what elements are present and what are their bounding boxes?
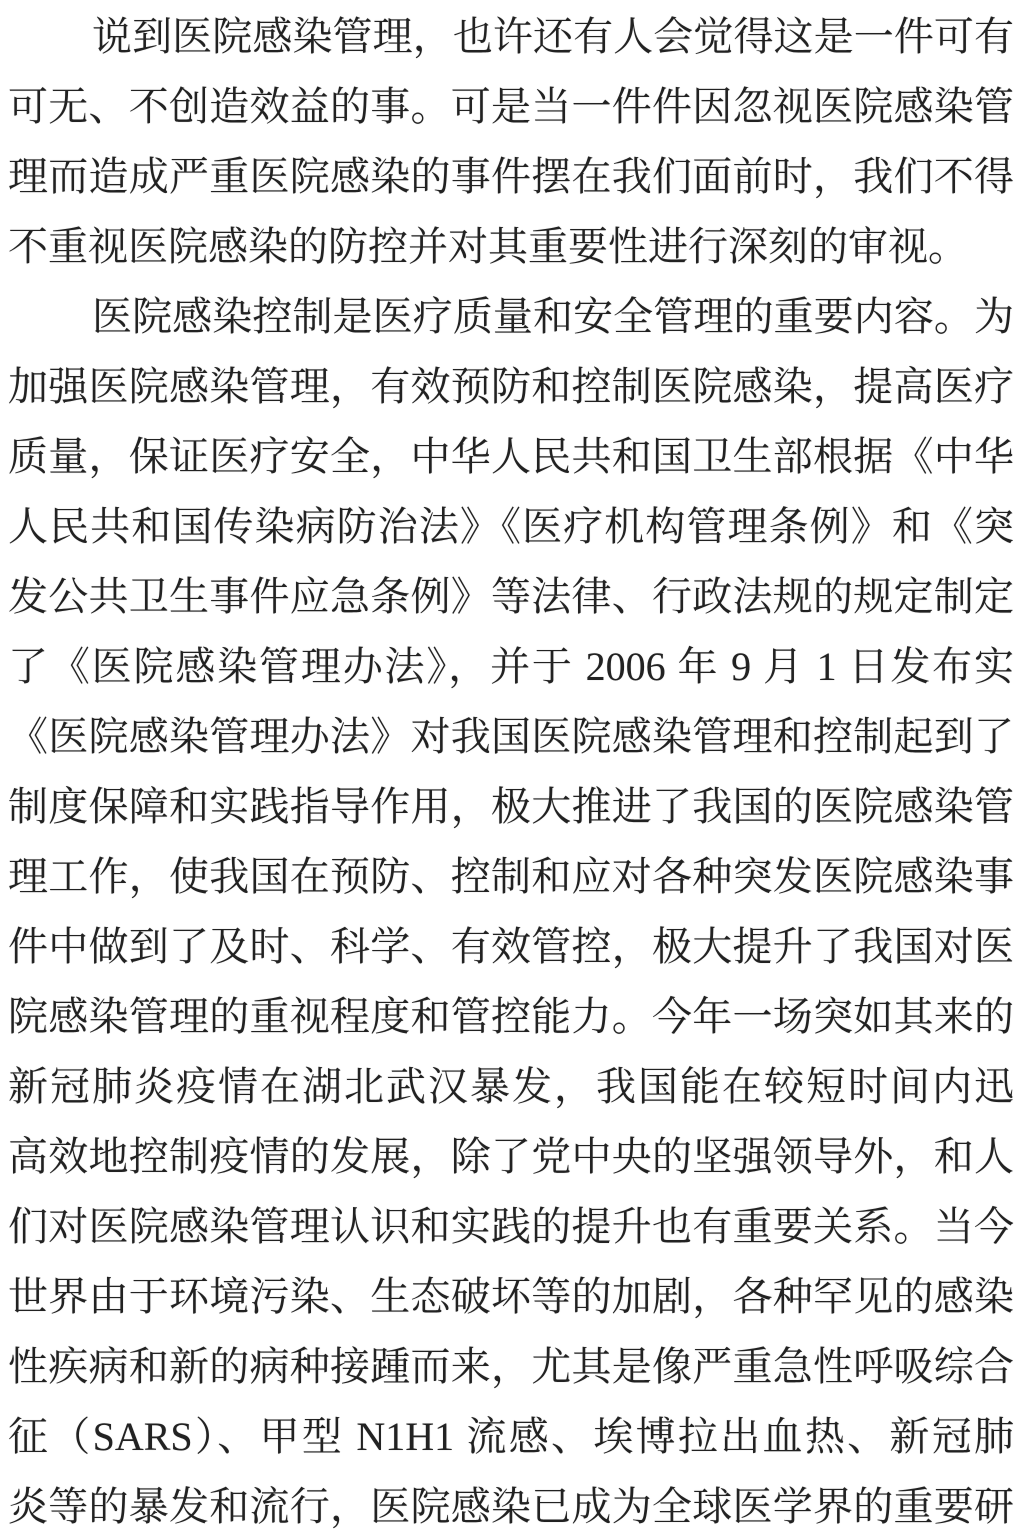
text-line: 发公共卫生事件应急条例》等法律、行政法规的规定制定 (8, 562, 1014, 632)
text-line: 征（SARS）、甲型 N1H1 流感、埃博拉出血热、新冠肺 (8, 1402, 1014, 1472)
text-line: 医院感染控制是医疗质量和安全管理的重要内容。为 (8, 282, 1014, 352)
text-line: 说到医院感染管理，也许还有人会觉得这是一件可有 (8, 2, 1014, 72)
text-line: 了《医院感染管理办法》，并于 2006 年 9 月 1 日发布实施。 (8, 632, 1014, 702)
text-line: 理而造成严重医院感染的事件摆在我们面前时，我们不得 (8, 142, 1014, 212)
text-line: 世界由于环境污染、生态破坏等的加剧，各种罕见的感染 (8, 1262, 1014, 1332)
document-page: 说到医院感染管理，也许还有人会觉得这是一件可有 可无、不创造效益的事。可是当一件… (0, 0, 1022, 1536)
text-line: 高效地控制疫情的发展，除了党中央的坚强领导外，和人 (8, 1122, 1014, 1192)
text-line: 可无、不创造效益的事。可是当一件件因忽视医院感染管 (8, 72, 1014, 142)
text-line: 新冠肺炎疫情在湖北武汉暴发，我国能在较短时间内迅速、 (8, 1052, 1014, 1122)
text-column: 说到医院感染管理，也许还有人会觉得这是一件可有 可无、不创造效益的事。可是当一件… (8, 2, 1014, 1536)
text-line: 人民共和国传染病防治法》《医疗机构管理条例》和《突 (8, 492, 1014, 562)
text-line: 炎等的暴发和流行，医院感染已成为全球医学界的重要研 (8, 1472, 1014, 1536)
text-line: 质量，保证医疗安全，中华人民共和国卫生部根据《中华 (8, 422, 1014, 492)
text-line: 件中做到了及时、科学、有效管控，极大提升了我国对医 (8, 912, 1014, 982)
text-line: 性疾病和新的病种接踵而来，尤其是像严重急性呼吸综合 (8, 1332, 1014, 1402)
text-line: 制度保障和实践指导作用，极大推进了我国的医院感染管 (8, 772, 1014, 842)
text-line: 们对医院感染管理认识和实践的提升也有重要关系。当今 (8, 1192, 1014, 1262)
text-line: 院感染管理的重视程度和管控能力。今年一场突如其来的 (8, 982, 1014, 1052)
text-line: 《医院感染管理办法》对我国医院感染管理和控制起到了 (8, 702, 1014, 772)
text-line: 不重视医院感染的防控并对其重要性进行深刻的审视。 (8, 212, 1014, 282)
text-line: 加强医院感染管理，有效预防和控制医院感染，提高医疗 (8, 352, 1014, 422)
text-line: 理工作，使我国在预防、控制和应对各种突发医院感染事 (8, 842, 1014, 912)
